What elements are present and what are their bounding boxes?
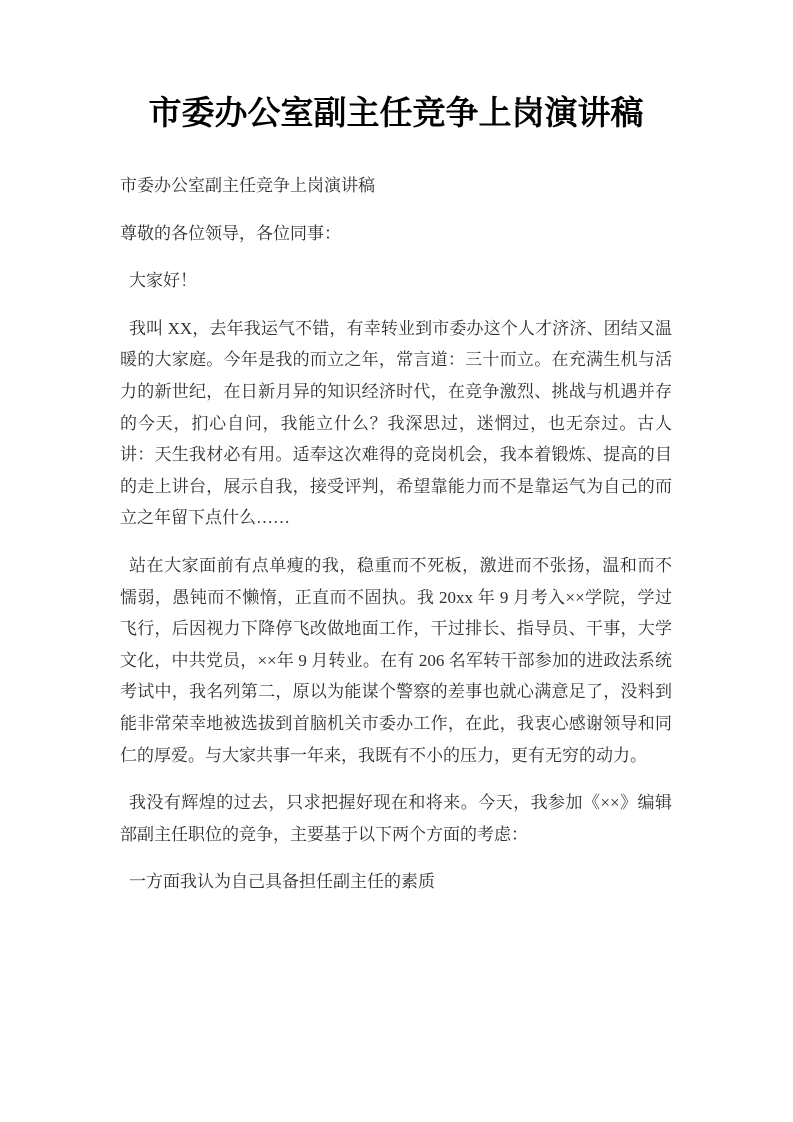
document-title: 市委办公室副主任竞争上岗演讲稿 bbox=[120, 90, 672, 138]
paragraph-motivation: 我没有辉煌的过去，只求把握好现在和将来。今天，我参加《××》编辑部副主任职位的竞… bbox=[120, 787, 672, 850]
paragraph-background: 站在大家面前有点单瘦的我，稳重而不死板，激进而不张扬，温和而不懦弱，愚钝而不懒惰… bbox=[120, 550, 672, 771]
paragraph-qualification-heading: 一方面我认为自己具备担任副主任的素质 bbox=[120, 866, 672, 898]
paragraph-salutation: 尊敬的各位领导，各位同事： bbox=[120, 218, 672, 250]
document-page: 市委办公室副主任竞争上岗演讲稿 市委办公室副主任竞争上岗演讲稿 尊敬的各位领导，… bbox=[0, 0, 793, 1122]
paragraph-greeting: 大家好！ bbox=[120, 265, 672, 297]
paragraph-introduction: 我叫 XX，去年我运气不错，有幸转业到市委办这个人才济济、团结又温暖的大家庭。今… bbox=[120, 313, 672, 534]
paragraph-subtitle: 市委办公室副主任竞争上岗演讲稿 bbox=[120, 170, 672, 202]
